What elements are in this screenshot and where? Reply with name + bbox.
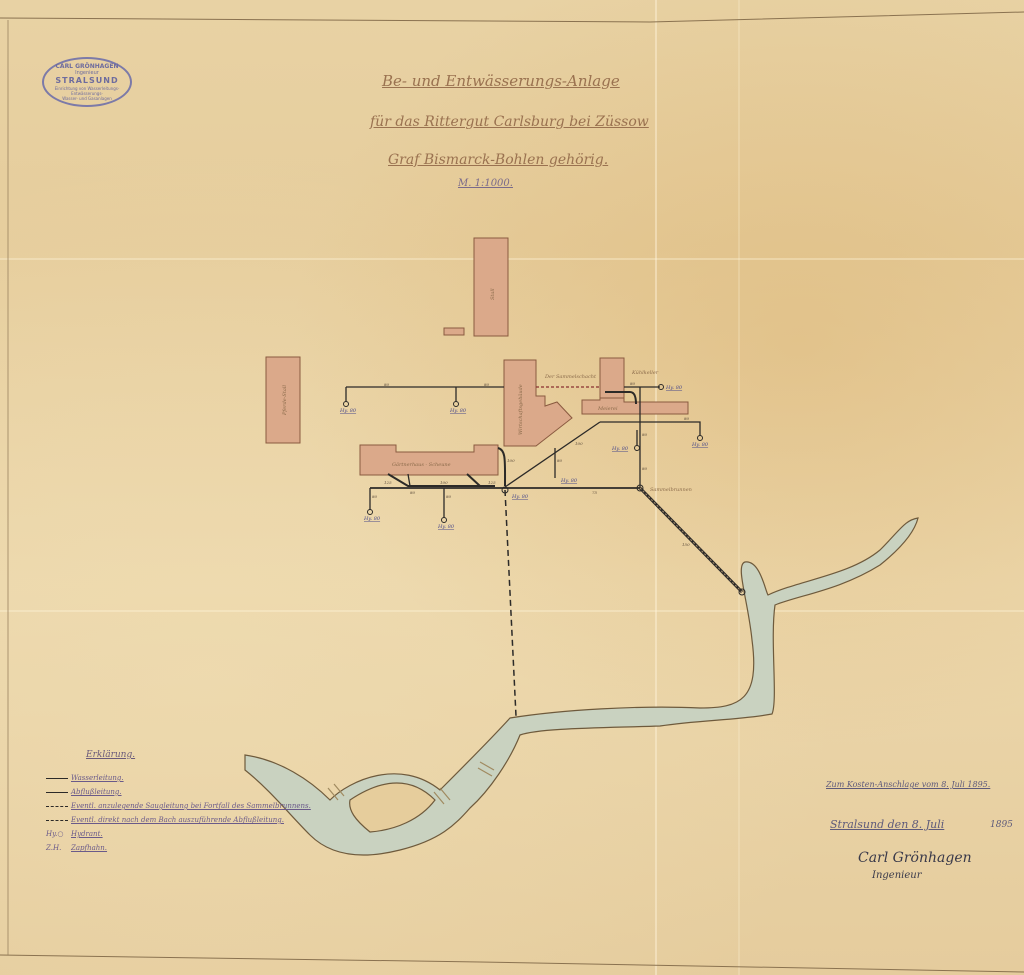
hydrant-label: Hy. 80 [691, 442, 709, 448]
legend-label: Zapfhahn. [71, 844, 107, 852]
drain-pipe [467, 474, 480, 486]
legend-item: Eventl. direkt nach dem Bach auszuführen… [46, 816, 284, 824]
building-label: Stall [490, 288, 496, 300]
legend-label: Wasserleitung. [71, 774, 124, 782]
building-wirtschaftsgebaeude [504, 360, 572, 446]
map-annotation: Kühlkeller [631, 370, 659, 376]
signature-role: Ingenieur [872, 870, 922, 881]
pipe-label: 125 [384, 480, 392, 485]
pipe-label: 80 [372, 494, 378, 499]
pipe-label: 75 [592, 490, 598, 495]
pipe-label: 80 [557, 458, 563, 463]
stream-body [245, 518, 918, 855]
legend-label: Hydrant. [71, 830, 103, 838]
year: 1895 [990, 820, 1013, 830]
legend-item: Z.H. Zapfhahn. [46, 844, 107, 852]
hydrant-label: Hy. 80 [437, 524, 455, 530]
hydrant-label: Hy. 80 [511, 494, 529, 500]
drain-pipe [408, 474, 410, 486]
cost-reference: Zum Kosten-Anschlage vom 8. Juli 1895. [826, 780, 990, 789]
solid-line-icon [46, 778, 68, 779]
pipe-label: 80 [410, 490, 416, 495]
solid-line-icon [46, 792, 68, 793]
hydrant-icon [454, 402, 459, 407]
map-annotation: Sammelbrunnen [650, 487, 692, 493]
hydrant-icon [344, 402, 349, 407]
building-label: Pferde-Stall [282, 385, 288, 416]
legend-heading: Erklärung. [86, 750, 135, 760]
building-stall [474, 238, 508, 336]
pipe-label: 80 [446, 494, 452, 499]
hydrant-label: Hy. 80 [339, 408, 357, 414]
place-date: Stralsund den 8. Juli [830, 818, 944, 831]
building-labels: Stall Pferde-Stall Wirtschaftsgebäude Gä… [282, 288, 692, 716]
pipe-label: 100 [507, 458, 515, 463]
pipe-label: 80 [642, 466, 648, 471]
pipe-label: 80 [384, 382, 390, 387]
pipe-label: 80 [684, 416, 690, 421]
border-line [0, 955, 1024, 972]
pipe-label: 80 [642, 432, 648, 437]
hydrant-icon [368, 510, 373, 515]
building-gaertnerhaus [360, 445, 498, 475]
hydrant-icon: Hy.○ [46, 830, 68, 838]
pipe-label: 100 [575, 441, 583, 446]
hydrant-label: Hy. 80 [449, 408, 467, 414]
legend-item: Eventl. anzulegende Saugleitung bei Fort… [46, 802, 311, 810]
buildings [266, 238, 688, 475]
signature-name: Carl Grönhagen [858, 850, 972, 866]
hydrant-label: Hy. 80 [611, 446, 629, 452]
building-label: Gärtnerhaus - Scheune [392, 462, 451, 468]
building-small [444, 328, 464, 335]
drain-pipe [498, 448, 505, 486]
hydrant-label: Hy. 80 [560, 478, 578, 484]
hydrant-icon [698, 436, 703, 441]
legend-label: Eventl. anzulegende Saugleitung bei Fort… [71, 802, 311, 810]
suction-pipe-dashed [505, 490, 516, 716]
pipe-label: 80 [484, 382, 490, 387]
pipe [600, 422, 700, 436]
dashed-line-icon [46, 806, 68, 807]
hydrant-icon [635, 446, 640, 451]
legend-label: Eventl. direkt nach dem Bach auszuführen… [71, 816, 284, 824]
legend-label: Abflußleitung. [71, 788, 122, 796]
pipe-label: 150 [682, 542, 690, 547]
legend-item: Abflußleitung. [46, 788, 122, 796]
hydrant-icon [442, 518, 447, 523]
building-label: Meierei [597, 406, 618, 412]
pipe-label: 100 [440, 480, 448, 485]
map-annotation: Der Sammelschacht [544, 374, 597, 380]
stream [245, 518, 918, 855]
pipe-label: 125 [488, 480, 496, 485]
legend-item: Wasserleitung. [46, 774, 124, 782]
border-line [0, 12, 1024, 22]
tap-icon: Z.H. [46, 844, 68, 852]
dashed-line-icon [46, 820, 68, 821]
hydrant-label: Hy. 80 [665, 385, 683, 391]
hydrant-label: Hy. 80 [363, 516, 381, 522]
pipe-label: 80 [630, 381, 636, 386]
building-label: Wirtschaftsgebäude [518, 384, 524, 435]
legend-item: Hy.○ Hydrant. [46, 830, 103, 838]
map-sheet: CARL GRÖNHAGEN Ingenieur STRALSUND Einri… [0, 0, 1024, 975]
